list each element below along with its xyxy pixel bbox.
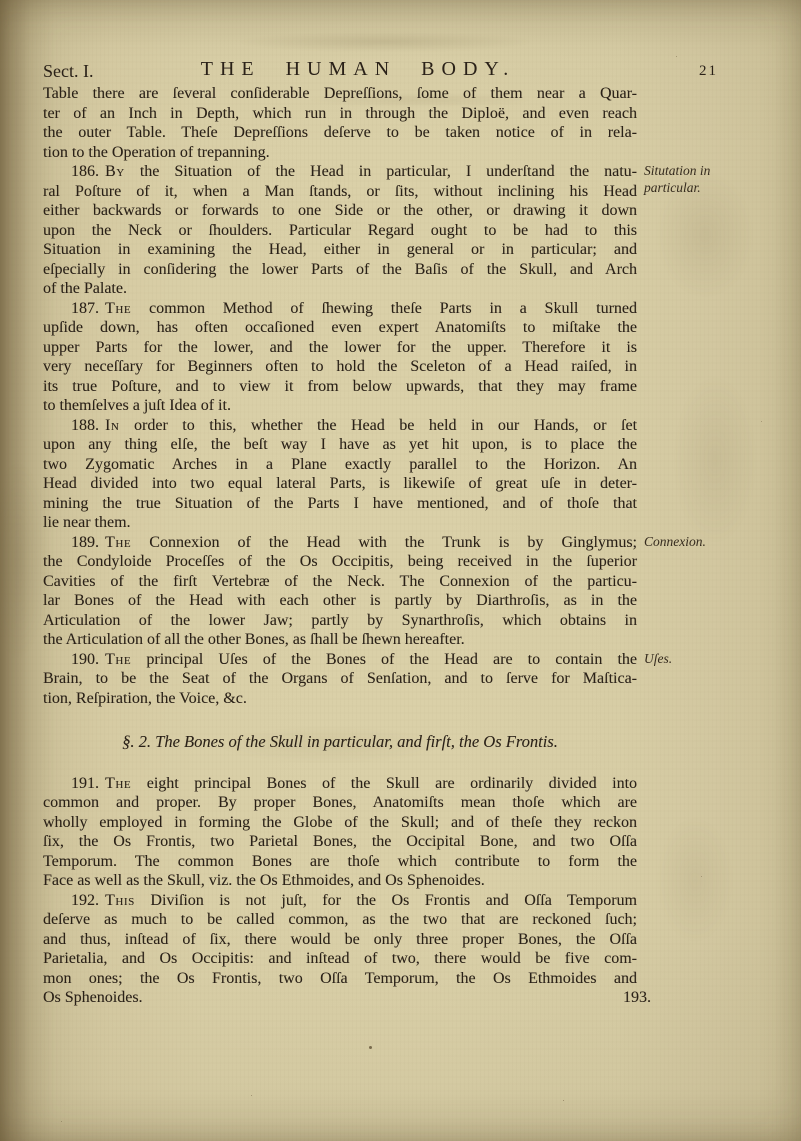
text-line: 187.The common Method of ſhewing theſe P… <box>43 299 637 319</box>
text-line: Articulation of the lower Jaw; partly by… <box>43 611 637 631</box>
page-number: 21 <box>699 63 718 80</box>
paragraph-191: 191.The eight principal Bones of the Sku… <box>43 774 637 891</box>
paragraph-number: 190. <box>71 651 99 668</box>
text-line: Os Sphenoides. <box>43 988 637 1008</box>
text-line: Brain, to be the Seat of the Organs of S… <box>43 669 637 689</box>
text-line: eſpecially in conſidering the lower Part… <box>43 260 637 280</box>
text-line: common and proper. By proper Bones, Anat… <box>43 793 637 813</box>
text-line: Parietalia, and Os Occipitis: and inſtea… <box>43 949 637 969</box>
lead-word: In <box>105 417 119 434</box>
paragraph-number: 191. <box>71 775 99 792</box>
paragraph-188: 188.In order to this, whether the Head b… <box>43 416 637 533</box>
text-line: 189.The Connexion of the Head with the T… <box>43 533 637 553</box>
text-line: Head divided into two equal lateral Part… <box>43 474 637 494</box>
line-text: the Situation of the Head in particular,… <box>140 163 637 180</box>
text-line: upon the Neck or ſhoulders. Particular R… <box>43 221 637 241</box>
text-line: wholly employed in forming the Globe of … <box>43 813 637 833</box>
text-line: two Zygomatic Arches in a Plane exactly … <box>43 455 637 475</box>
text-body: Table there are ſeveral conſiderable Dep… <box>43 84 637 1008</box>
paragraph-number: 189. <box>71 534 99 551</box>
line-text: eight principal Bones of the Skull are o… <box>147 775 637 792</box>
text-line: Cavities of the firſt Vertebræ of the Ne… <box>43 572 637 592</box>
paragraph-number: 188. <box>71 417 99 434</box>
text-line: the Condyloide Proceſſes of the Os Occip… <box>43 552 637 572</box>
text-line: tion to the Operation of trepanning. <box>43 143 637 163</box>
lead-word: The <box>105 534 131 551</box>
text-line: either backwards or forwards to one Side… <box>43 201 637 221</box>
text-line: of the Palate. <box>43 279 637 299</box>
paragraph-192: 192.This Diviſion is not juſt, for the O… <box>43 891 637 1008</box>
lead-word: By <box>105 163 125 180</box>
text-line: lar Bones of the Head with each other is… <box>43 591 637 611</box>
margin-note: Uſes. <box>644 651 740 668</box>
book-page: Sect. I. THE HUMAN BODY. 21 Table there … <box>0 0 801 1141</box>
paragraph-continuation: Table there are ſeveral conſiderable Dep… <box>43 84 637 162</box>
text-line: 188.In order to this, whether the Head b… <box>43 416 637 436</box>
text-line: ral Poſture of it, when a Man ſtands, or… <box>43 182 637 202</box>
text-line: mon ones; the Os Frontis, two Oſſa Tempo… <box>43 969 637 989</box>
text-line: 192.This Diviſion is not juſt, for the O… <box>43 891 637 911</box>
text-line: lie near them. <box>43 513 637 533</box>
line-text: Diviſion is not juſt, for the Os Frontis… <box>150 892 637 909</box>
paragraph-190: 190.The principal Uſes of the Bones of t… <box>43 650 637 709</box>
text-line: very neceſſary for Beginners often to ho… <box>43 357 637 377</box>
margin-note: Connexion. <box>644 534 740 551</box>
text-line: and thus, inſtead of ſix, there would be… <box>43 930 637 950</box>
line-text: principal Uſes of the Bones of the Head … <box>146 651 637 668</box>
paragraph-189: 189.The Connexion of the Head with the T… <box>43 533 637 650</box>
text-line: 190.The principal Uſes of the Bones of t… <box>43 650 637 670</box>
text-line: the Articulation of all the other Bones,… <box>43 630 637 650</box>
lead-word: The <box>105 300 131 317</box>
text-line: upſide down, has often occaſioned even e… <box>43 318 637 338</box>
text-line: the outer Table. Theſe Depreſſions deſer… <box>43 123 637 143</box>
text-line: Situation in examining the Head, either … <box>43 240 637 260</box>
line-text: order to this, whether the Head be held … <box>134 417 637 434</box>
text-line: upon any thing elſe, the beſt way I have… <box>43 435 637 455</box>
running-title: THE HUMAN BODY. <box>158 58 558 81</box>
text-line: Face as well as the Skull, viz. the Os E… <box>43 871 637 891</box>
paragraph-number: 187. <box>71 300 99 317</box>
paragraph-number: 192. <box>71 892 99 909</box>
paragraph-number: 186. <box>71 163 99 180</box>
text-line: to themſelves a juſt Idea of it. <box>43 396 637 416</box>
page-header: Sect. I. THE HUMAN BODY. 21 <box>0 58 801 86</box>
text-line: tion, Reſpiration, the Voice, &c. <box>43 689 637 709</box>
text-line: its true Poſture, and to view it from be… <box>43 377 637 397</box>
text-line: mining the true Situation of the Parts I… <box>43 494 637 514</box>
text-line: 191.The eight principal Bones of the Sku… <box>43 774 637 794</box>
lead-word: This <box>105 892 135 909</box>
paragraph-186: 186.By the Situation of the Head in part… <box>43 162 637 299</box>
section-label: Sect. I. <box>43 61 93 82</box>
text-line: ter of an Inch in Depth, which run in th… <box>43 104 637 124</box>
paragraph-187: 187.The common Method of ſhewing theſe P… <box>43 299 637 416</box>
text-line: upper Parts for the lower, and the lower… <box>43 338 637 358</box>
margin-note: Situtation in particular. <box>644 163 740 196</box>
text-line: Temporum. The common Bones are thoſe whi… <box>43 852 637 872</box>
line-text: common Method of ſhewing theſe Parts in … <box>149 300 637 317</box>
text-line: deſerve as much to be called common, as … <box>43 910 637 930</box>
line-text: Connexion of the Head with the Trunk is … <box>149 534 637 551</box>
lead-word: The <box>105 775 131 792</box>
catchword: 193. <box>623 988 651 1008</box>
lead-word: The <box>105 651 131 668</box>
text-line: ſix, the Os Frontis, two Parietal Bones,… <box>43 832 637 852</box>
text-line: Table there are ſeveral conſiderable Dep… <box>43 84 637 104</box>
section-heading: §. 2. The Bones of the Skull in particul… <box>43 732 637 752</box>
text-line: 186.By the Situation of the Head in part… <box>43 162 637 182</box>
